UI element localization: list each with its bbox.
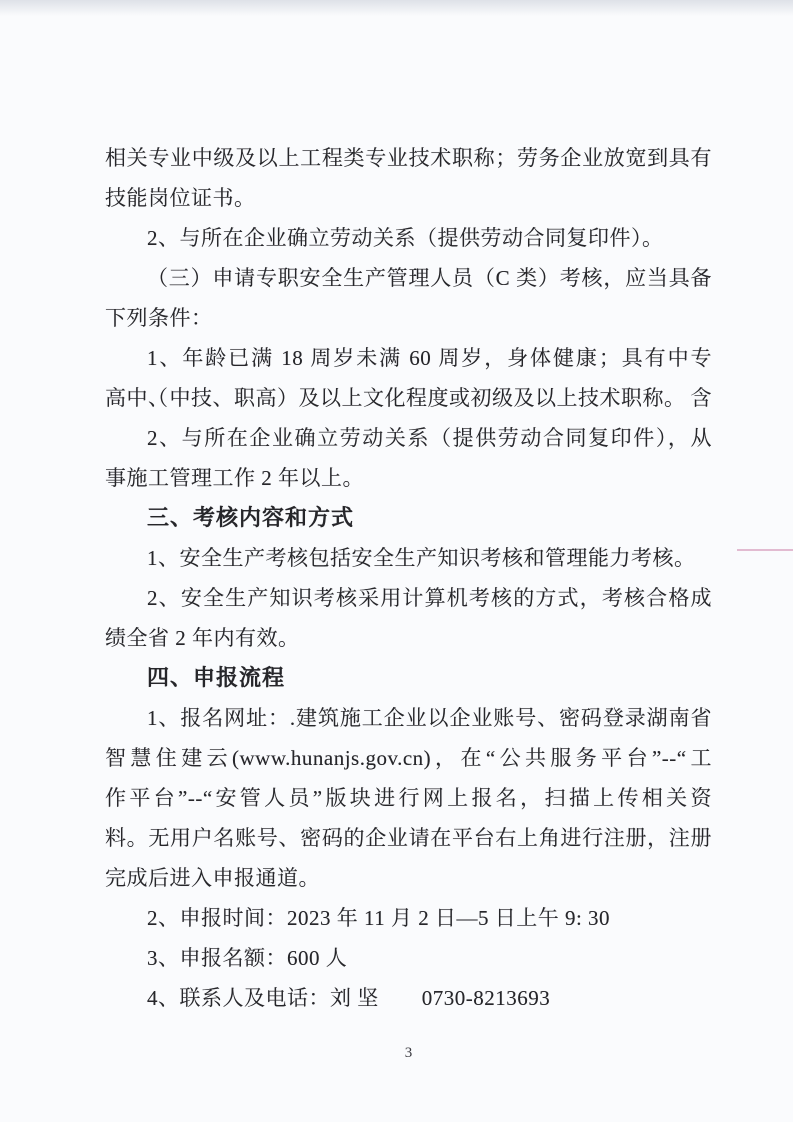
text-line: 料。无用户名账号、密码的企业请在平台右上角进行注册，注册 <box>105 818 712 858</box>
text-line-registration-url: 智慧住建云(www.hunanjs.gov.cn)，在“公共服务平台”--“工 <box>105 738 712 778</box>
text-line: 绩全省 2 年内有效。 <box>105 618 712 658</box>
scan-pink-line-artifact <box>737 549 793 551</box>
line-application-quota: 3、申报名额：600 人 <box>105 938 712 978</box>
text-line: 技能岗位证书。 <box>105 178 712 218</box>
text-line: 下列条件： <box>105 298 712 338</box>
heading-application-process: 四、申报流程 <box>105 658 712 698</box>
list-item-labor-relation: 2、与所在企业确立劳动关系（提供劳动合同复印件）。 <box>105 218 712 258</box>
scan-top-edge-artifact <box>0 0 793 16</box>
page-number: 3 <box>105 1042 712 1064</box>
line-application-time: 2、申报时间：2023 年 11 月 2 日—5 日上午 9: 30 <box>105 898 712 938</box>
subsection-heading-c-class: （三）申请专职安全生产管理人员（C 类）考核，应当具备 <box>105 258 712 298</box>
text-line: 完成后进入申报通道。 <box>105 858 712 898</box>
list-item-assessment-scope: 1、安全生产考核包括安全生产知识考核和管理能力考核。 <box>105 538 712 578</box>
list-item-registration-site: 1、报名网址：.建筑施工企业以企业账号、密码登录湖南省 <box>105 698 712 738</box>
list-item-labor-relation: 2、与所在企业确立劳动关系（提供劳动合同复印件），从 <box>105 418 712 458</box>
heading-assessment-content: 三、考核内容和方式 <box>105 498 712 538</box>
list-item-age-requirement: 1、年龄已满 18 周岁未满 60 周岁，身体健康；具有中专（含 <box>105 338 712 378</box>
text-line: 相关专业中级及以上工程类专业技术职称；劳务企业放宽到具有 <box>105 138 712 178</box>
document-body: 相关专业中级及以上工程类专业技术职称；劳务企业放宽到具有 技能岗位证书。 2、与… <box>105 138 712 1018</box>
list-item-computer-exam: 2、安全生产知识考核采用计算机考核的方式，考核合格成 <box>105 578 712 618</box>
text-line: 高中、中技、职高）及以上文化程度或初级及以上技术职称。 <box>105 378 712 418</box>
text-line: 事施工管理工作 2 年以上。 <box>105 458 712 498</box>
line-contact-phone: 4、联系人及电话：刘 坚 0730-8213693 <box>105 978 712 1018</box>
scanned-document-page: { "page": { "number": "3" }, "doc": { "l… <box>0 0 793 1122</box>
text-line: 作平台”--“安管人员”版块进行网上报名，扫描上传相关资 <box>105 778 712 818</box>
